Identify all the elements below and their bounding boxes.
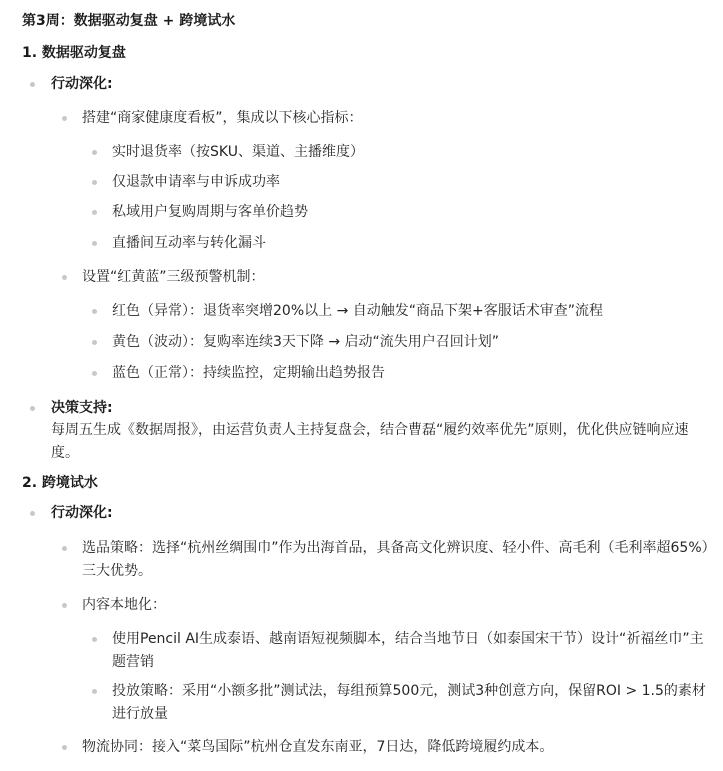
bullet-icon bbox=[62, 745, 67, 750]
list-item: 投放策略：采用“小额多批”测试法，每组预算500元，测试3种创意方向，保留ROI… bbox=[112, 680, 712, 726]
decision-label: 决策支持: bbox=[51, 397, 113, 419]
list-item: 设置“红黄蓝”三级预警机制： bbox=[82, 266, 265, 288]
bullet-icon bbox=[30, 511, 35, 516]
list-item: 直播间互动率与转化漏斗 bbox=[112, 232, 266, 254]
list-item: 使用Pencil AI生成泰语、越南语短视频脚本，结合当地节日（如泰国宋干节）设… bbox=[112, 628, 712, 674]
action-label-1: 行动深化: bbox=[51, 73, 113, 95]
list-item: 内容本地化： bbox=[82, 594, 166, 616]
page-title: 第3周：数据驱动复盘 + 跨境试水 bbox=[22, 10, 235, 32]
section-heading-1: 1. 数据驱动复盘 bbox=[22, 42, 126, 64]
list-item: 选品策略：选择“杭州丝绸围巾”作为出海首品，具备高文化辨识度、轻小件、高毛利（毛… bbox=[82, 537, 712, 583]
bullet-icon bbox=[62, 275, 67, 280]
list-item: 物流协同：接入“菜鸟国际”杭州仓直发东南亚，7日达，降低跨境履约成本。 bbox=[82, 736, 553, 758]
bullet-icon bbox=[62, 546, 67, 551]
bullet-icon bbox=[92, 180, 97, 185]
decision-text: 每周五生成《数据周报》，由运营负责人主持复盘会，结合曹磊“履约效率优先”原则，优… bbox=[51, 419, 711, 465]
list-item: 黄色（波动）：复购率连续3天下降 → 启动“流失用户召回计划” bbox=[112, 331, 499, 353]
bullet-icon bbox=[92, 371, 97, 376]
bullet-icon bbox=[30, 82, 35, 87]
list-item: 仅退款申请率与申诉成功率 bbox=[112, 171, 280, 193]
list-item: 私域用户复购周期与客单价趋势 bbox=[112, 201, 308, 223]
list-item: 蓝色（正常）：持续监控，定期输出趋势报告 bbox=[112, 362, 385, 384]
bullet-icon bbox=[92, 150, 97, 155]
bullet-icon bbox=[92, 309, 97, 314]
section-heading-2: 2. 跨境试水 bbox=[22, 472, 98, 494]
bullet-icon bbox=[92, 241, 97, 246]
list-item: 实时退货率（按SKU、渠道、主播维度） bbox=[112, 141, 364, 163]
bullet-icon bbox=[92, 637, 97, 642]
list-item: 搭建“商家健康度看板”，集成以下核心指标： bbox=[82, 107, 363, 129]
bullet-icon bbox=[92, 210, 97, 215]
bullet-icon bbox=[62, 116, 67, 121]
bullet-icon bbox=[92, 340, 97, 345]
bullet-icon bbox=[30, 406, 35, 411]
list-item: 红色（异常）：退货率突增20%以上 → 自动触发“商品下架+客服话术审查”流程 bbox=[112, 300, 603, 322]
bullet-icon bbox=[92, 689, 97, 694]
bullet-icon bbox=[62, 603, 67, 608]
action-label-2: 行动深化: bbox=[51, 502, 113, 524]
